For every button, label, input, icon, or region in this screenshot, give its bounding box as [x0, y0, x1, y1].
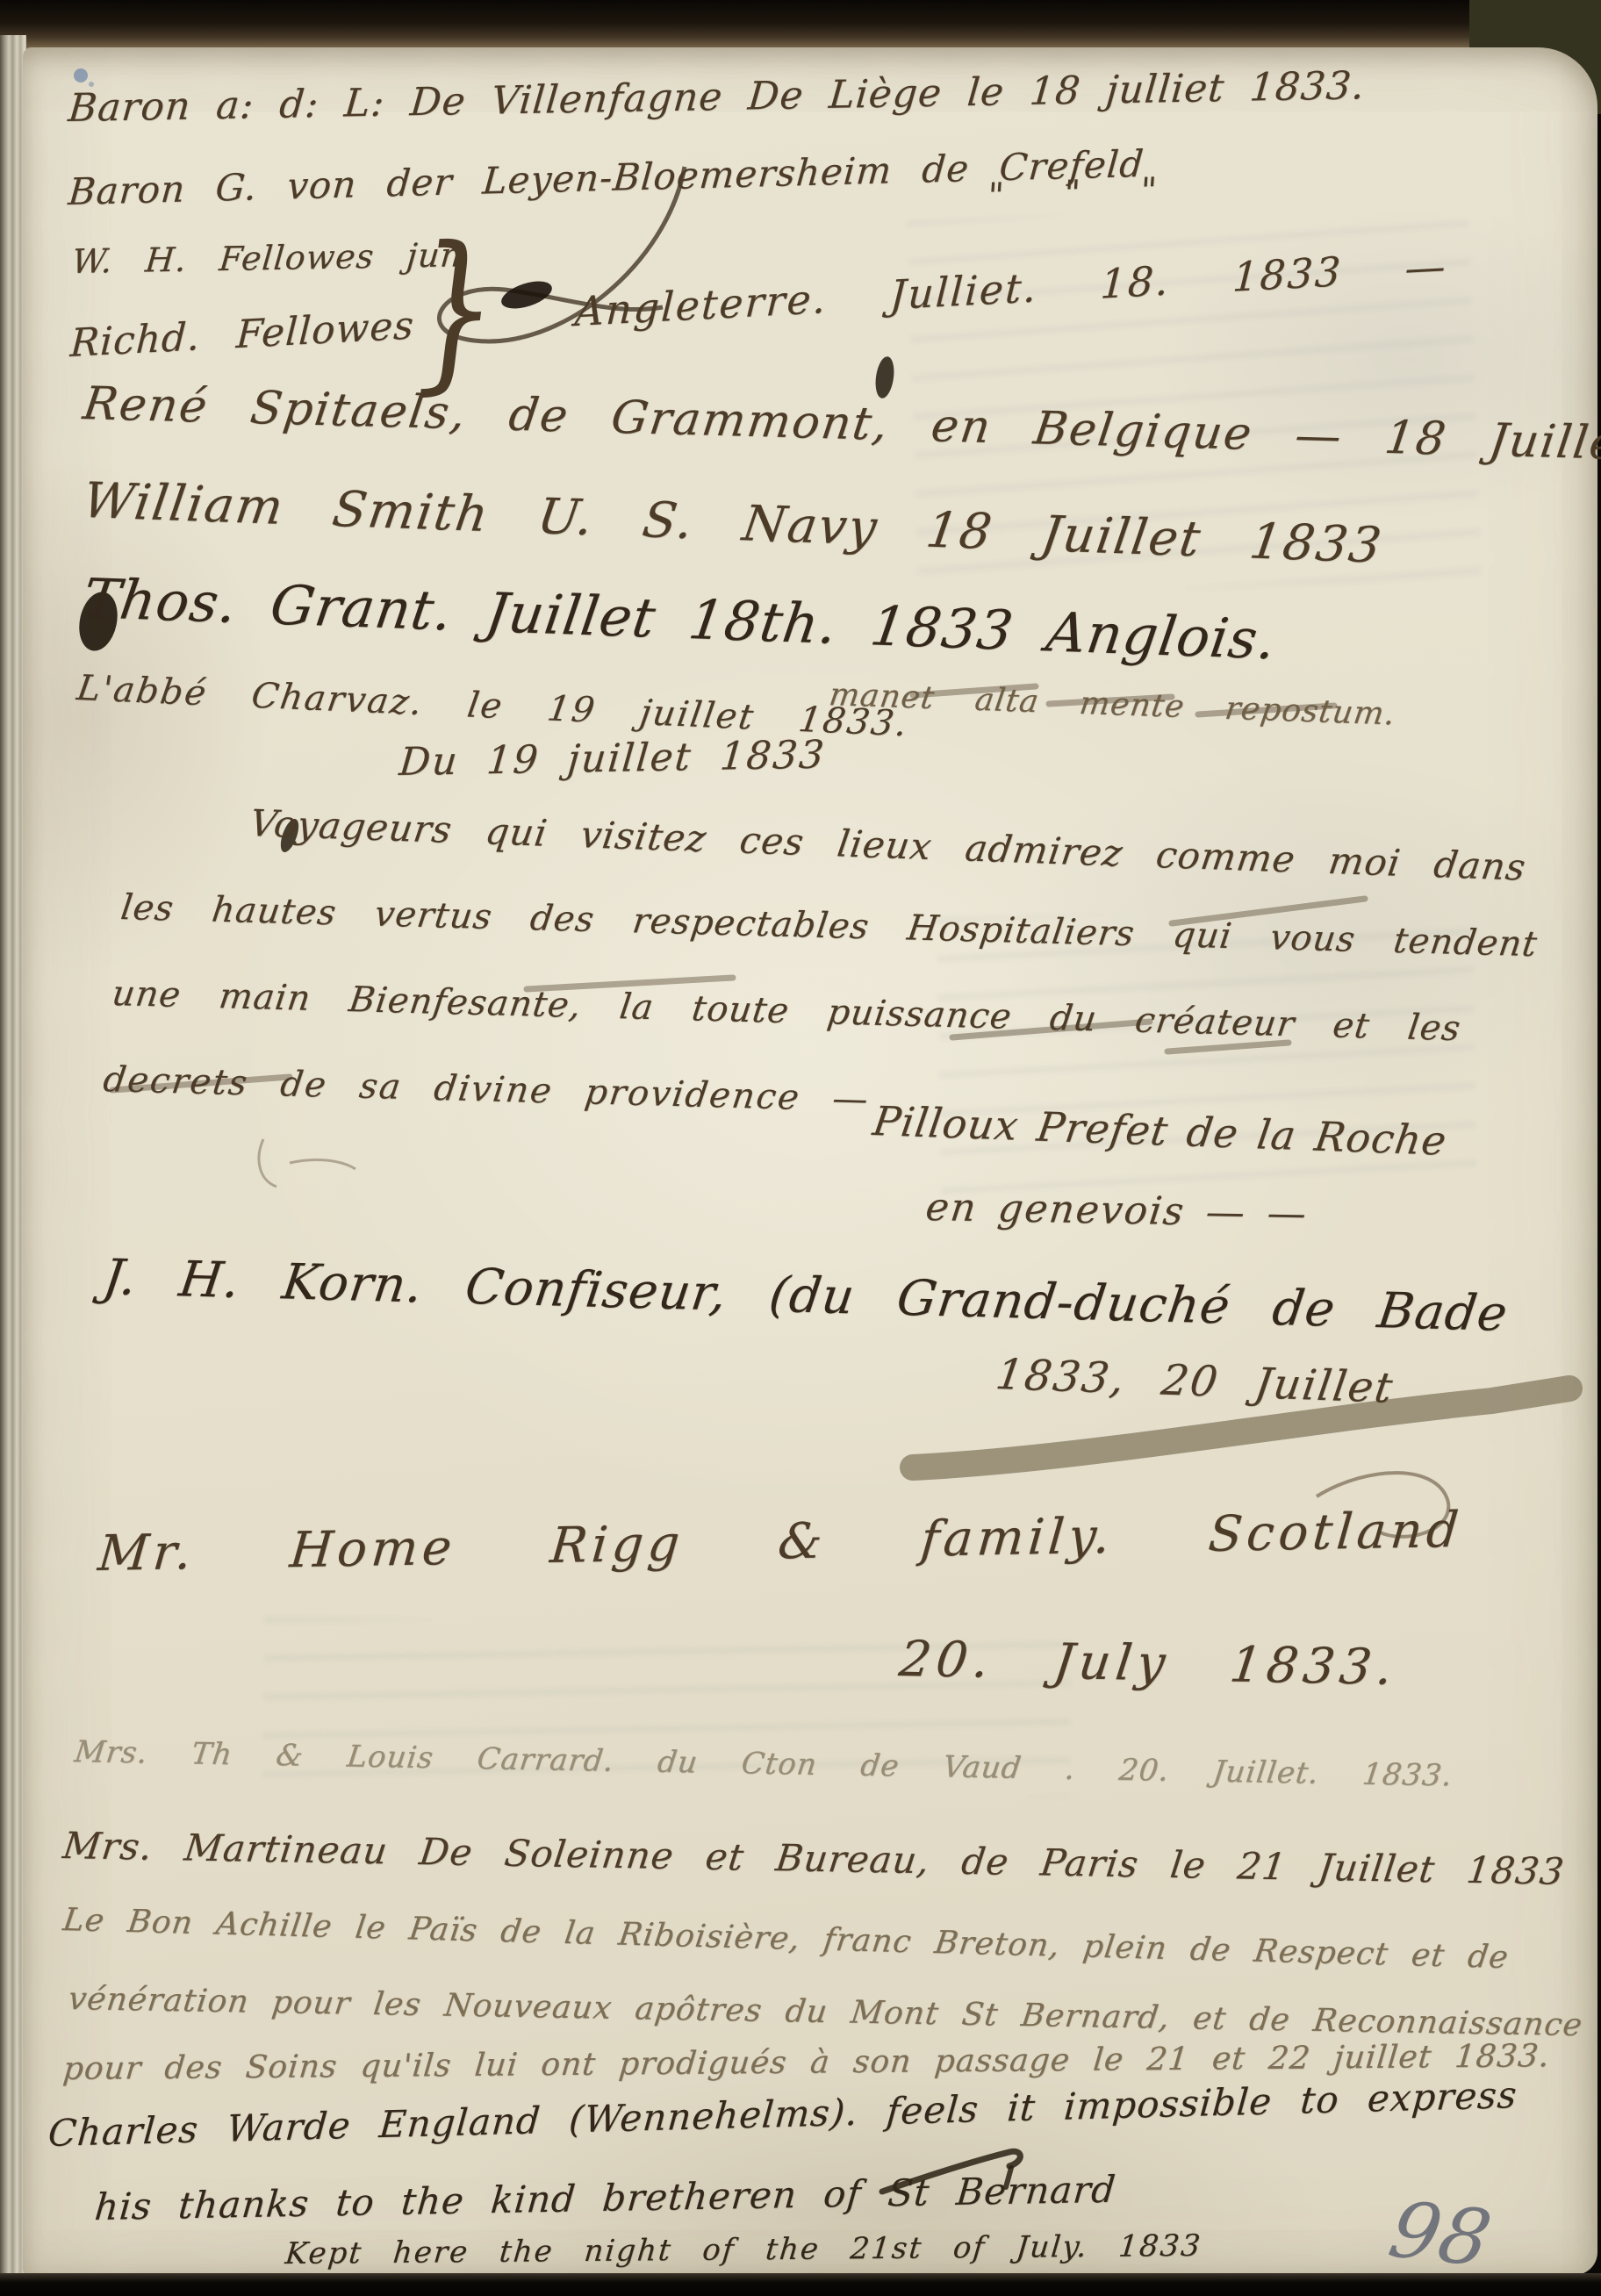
entry-fellowes-jun: W. H. Fellowes jun — [70, 237, 464, 281]
ditto-marks: " " " — [986, 171, 1158, 216]
page-number: 98 — [1382, 2188, 1498, 2282]
entry-home-rigg-date: 20. July 1833. — [896, 1632, 1401, 1695]
book-binding-bottom-edge — [0, 2273, 1601, 2296]
book-binding-top-edge — [0, 0, 1601, 51]
entry-date-19-july: Du 19 juillet 1833 — [398, 734, 828, 784]
manuscript-page: Baron a: d: L: De Villenfagne De Liège l… — [0, 0, 1601, 2296]
brace-mark: } — [411, 223, 499, 398]
entry-pilloux-region: en genevois — — — [923, 1187, 1310, 1236]
